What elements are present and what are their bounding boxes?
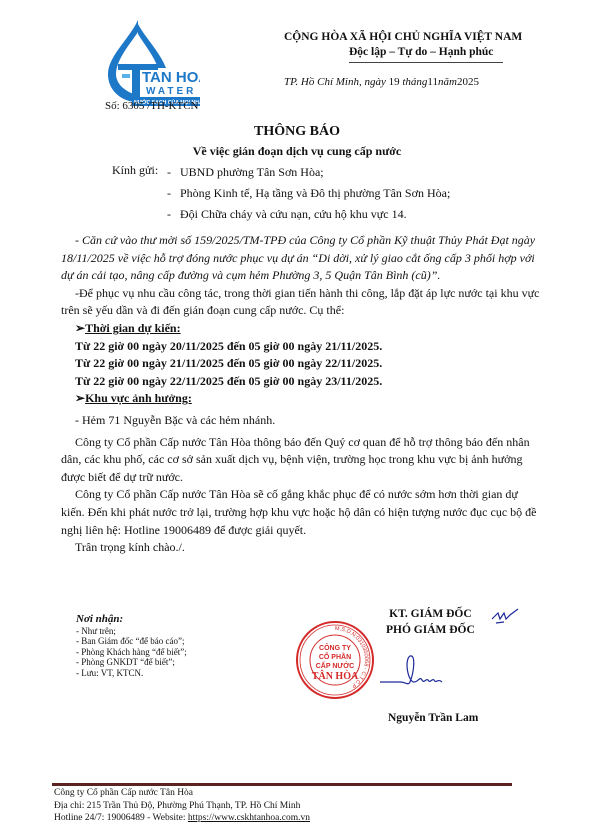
receivers-label: Nơi nhận: [76,614,187,625]
receiver-item: - Ban Giám đốc “để báo cáo”; [76,636,187,647]
addressee-item: -UBND phường Tân Sơn Hòa; [167,165,450,186]
footer: Công ty Cổ phần Cấp nước Tân Hòa Địa chỉ… [54,787,310,825]
remedy-paragraph: Công ty Cổ phần Cấp nước Tân Hòa sẽ cố g… [61,486,543,539]
svg-text:CÔNG TY: CÔNG TY [319,643,351,652]
time-slot: Từ 22 giờ 00 ngày 20/11/2025 đến 05 giờ … [75,338,543,356]
time-slot: Từ 22 giờ 00 ngày 21/11/2025 đến 05 giờ … [75,355,543,373]
water-drop-logo-icon: TAN HOA WATER NƯỚC SẠCH CỦA MỌI NHÀ [100,18,200,108]
website-link[interactable]: https://www.cskhtanhoa.com.vn [188,813,310,823]
svg-text:CẤP NƯỚC: CẤP NƯỚC [316,660,355,670]
national-motto: Độc lập – Tự do – Hạnh phúc [349,46,493,58]
time-heading: ➢Thời gian dự kiến: [75,320,543,338]
handwritten-signature-icon [380,652,460,692]
footer-company: Công ty Cổ phần Cấp nước Tân Hòa [54,787,310,800]
affected-area: - Hẻm 71 Nguyễn Bặc và các hẻm nhánh. [61,412,543,430]
time-slot: Từ 22 giờ 00 ngày 22/11/2025 đến 05 giờ … [75,373,543,391]
notice-paragraph: Công ty Cổ phần Cấp nước Tân Hòa thông b… [61,434,543,487]
receiver-item: - Lưu: VT, KTCN. [76,668,187,679]
area-heading: ➢Khu vực ảnh hưởng: [75,390,543,408]
receiver-item: - Phòng Khách hàng “để biết”; [76,647,187,658]
svg-text:TÂN HÒA: TÂN HÒA [312,670,359,682]
addressee-item: -Phòng Kinh tế, Hạ tầng và Đô thị phường… [167,186,450,207]
motto-underline [349,62,503,63]
receivers-block: Nơi nhận: - Như trên; - Ban Giám đốc “để… [76,614,187,679]
closing-line: Trân trọng kính chào./. [61,539,543,557]
footer-address: Địa chỉ: 215 Trần Thủ Độ, Phường Phú Thạ… [54,800,310,813]
company-logo: TAN HOA WATER NƯỚC SẠCH CỦA MỌI NHÀ [100,18,200,108]
signer-name: Nguyễn Trần Lam [388,712,478,724]
company-stamp: M.S.D.N:0310350068 - C.T.C.P CÔNG TY CỔ … [295,620,375,700]
footer-divider [52,783,512,786]
receiver-item: - Như trên; [76,626,187,637]
svg-text:CỔ PHẦN: CỔ PHẦN [319,651,351,661]
document-number: Số: 6305 /TH-KTCN [105,100,199,112]
receiver-item: - Phòng GNKDT “để biết”; [76,657,187,668]
issue-date: TP. Hồ Chí Minh, ngày 19 tháng11năm2025 [284,76,479,88]
svg-text:WATER: WATER [146,86,196,97]
national-title: CỘNG HÒA XÃ HỘI CHỦ NGHĨA VIỆT NAM [284,31,522,43]
addressees-list: -UBND phường Tân Sơn Hòa; -Phòng Kinh tế… [167,165,450,228]
addressees-label: Kính gửi: [112,163,158,178]
document-body: - Căn cứ vào thư mời số 159/2025/TM-TPĐ … [61,232,543,557]
initial-mark-icon [490,607,520,627]
svg-text:TAN HOA: TAN HOA [142,69,200,86]
document-subtitle: Về việc gián đoạn dịch vụ cung cấp nước [0,144,594,159]
footer-contact: Hotline 24/7: 19006489 - Website: https:… [54,812,310,825]
document-title: THÔNG BÁO [0,124,594,140]
addressee-item: -Đội Chữa cháy và cứu nạn, cứu hộ khu vự… [167,207,450,228]
intro-paragraph: -Để phục vụ nhu cầu công tác, trong thời… [61,285,543,320]
signer-title: KT. GIÁM ĐỐC PHÓ GIÁM ĐỐC [386,606,475,638]
basis-paragraph: - Căn cứ vào thư mời số 159/2025/TM-TPĐ … [61,232,543,285]
